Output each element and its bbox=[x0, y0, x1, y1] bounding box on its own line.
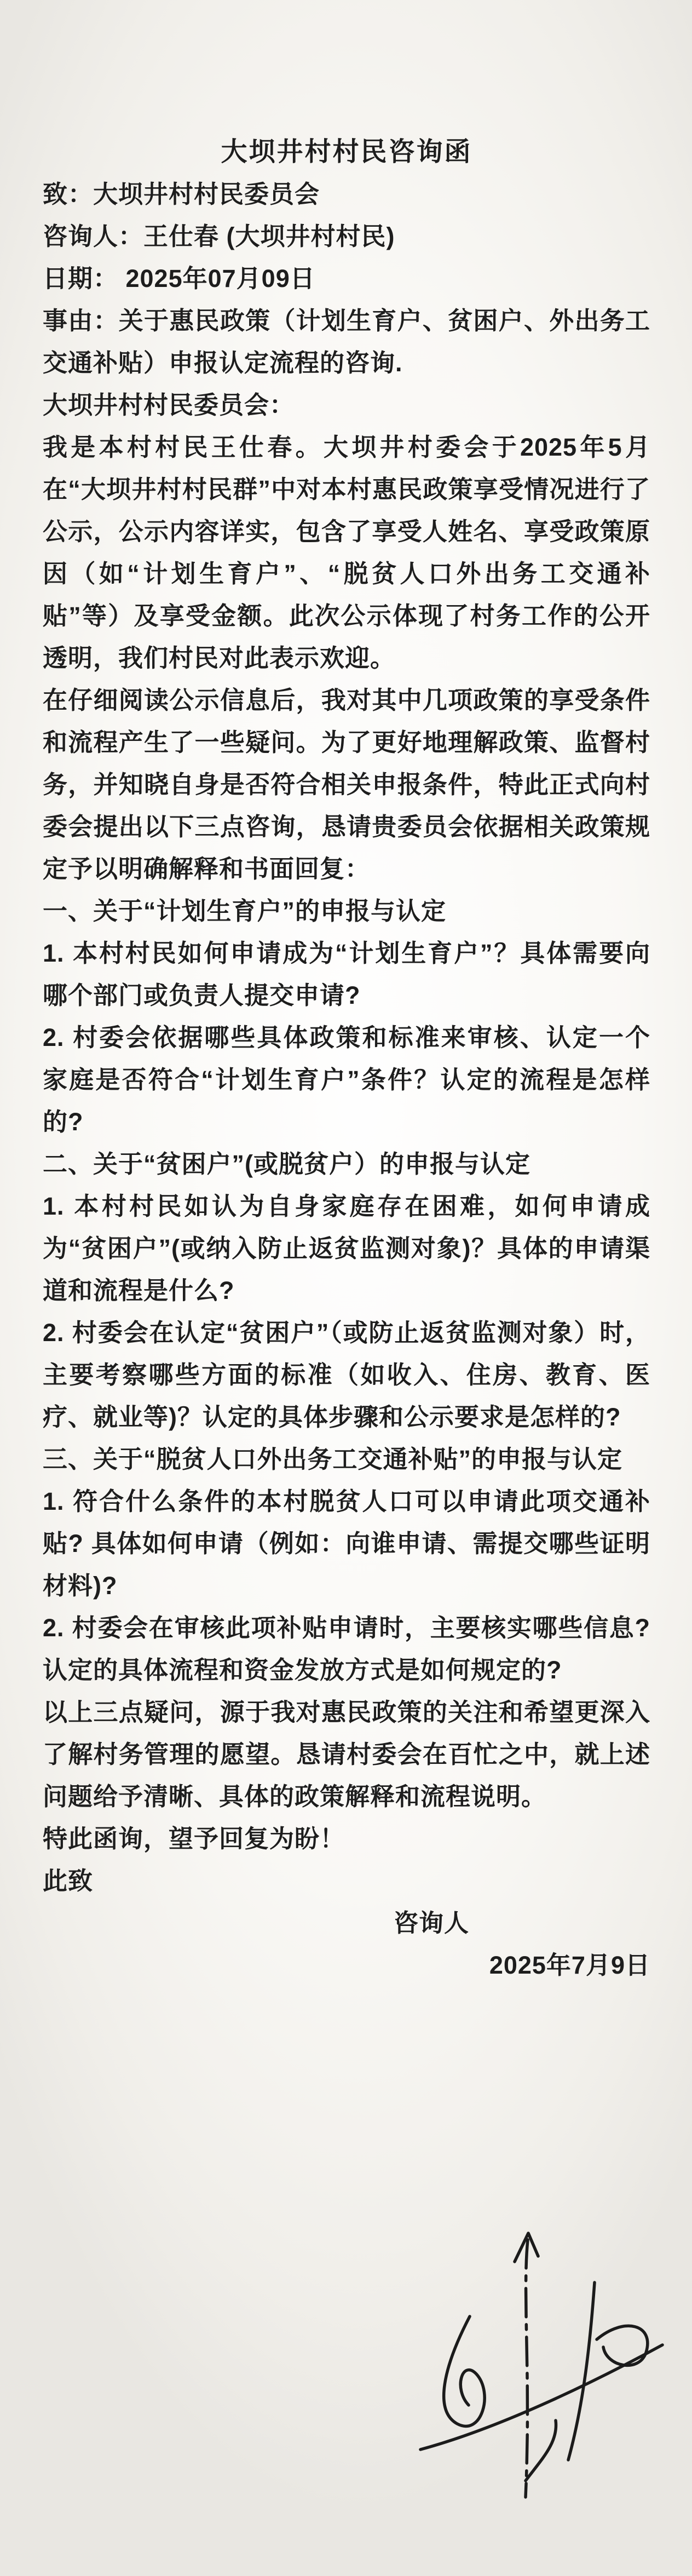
letter-page: 大坝井村村民咨询函 致：大坝井村村民委员会 咨询人：王仕春 (大坝井村村民) 日… bbox=[0, 0, 692, 2576]
purpose-paragraph: 在仔细阅读公示信息后，我对其中几项政策的享受条件和流程产生了一些疑问。为了更好地… bbox=[43, 679, 650, 890]
signature-stroke-left-loop bbox=[444, 2316, 485, 2426]
closing-paragraph: 以上三点疑问，源于我对惠民政策的关注和希望更深入了解村务管理的愿望。恳请村委会在… bbox=[43, 1691, 650, 1818]
signature bbox=[405, 2223, 668, 2508]
consultant-line: 咨询人：王仕春 (大坝井村村民) bbox=[43, 215, 650, 257]
letter-title: 大坝井村村民咨询函 bbox=[43, 131, 650, 173]
sign-date: 2025年7月9日 bbox=[43, 1944, 650, 1986]
subject-line: 事由：关于惠民政策（计划生育户、贫困户、外出务工交通补贴）申报认定流程的咨询. bbox=[43, 300, 650, 384]
signature-stroke-right-loop bbox=[597, 2326, 648, 2365]
sincerely-line: 此致 bbox=[43, 1860, 650, 1902]
signature-stroke-sweep bbox=[420, 2345, 662, 2450]
letter-content: 大坝井村村民咨询函 致：大坝井村村民委员会 咨询人：王仕春 (大坝井村村民) 日… bbox=[43, 0, 650, 1986]
section-3-heading: 三、关于“脱贫人口外出务工交通补贴”的申报与认定 bbox=[43, 1438, 650, 1480]
signer-label: 咨询人 bbox=[43, 1902, 650, 1944]
intro-paragraph: 我是本村村民王仕春。大坝井村委会于2025年5月在“大坝井村村民群”中对本村惠民… bbox=[43, 426, 650, 679]
section-1-item-1: 1. 本村村民如何申请成为“计划生育户”？具体需要向哪个部门或负责人提交申请? bbox=[43, 932, 650, 1016]
date-line: 日期： 2025年07月09日 bbox=[43, 257, 650, 300]
section-2-heading: 二、关于“贫困户”(或脱贫户）的申报与认定 bbox=[43, 1143, 650, 1185]
signature-stroke-right-vertical bbox=[568, 2282, 595, 2460]
signature-stroke-arrow bbox=[515, 2233, 538, 2262]
request-line: 特此函询，望予回复为盼！ bbox=[43, 1818, 650, 1860]
signature-stroke-vertical bbox=[526, 2240, 528, 2497]
section-2-item-1: 1. 本村村民如认为自身家庭存在困难，如何申请成为“贫困户”(或纳入防止返贫监测… bbox=[43, 1185, 650, 1312]
section-1-item-2: 2. 村委会依据哪些具体政策和标准来审核、认定一个家庭是否符合“计划生育户”条件… bbox=[43, 1016, 650, 1143]
section-2-item-2: 2. 村委会在认定“贫困户”（或防止返贫监测对象）时，主要考察哪些方面的标准（如… bbox=[43, 1312, 650, 1438]
signature-stroke-tail bbox=[526, 2420, 556, 2481]
section-3-item-1: 1. 符合什么条件的本村脱贫人口可以申请此项交通补贴? 具体如何申请（例如：向谁… bbox=[43, 1480, 650, 1607]
recipient-line: 致：大坝井村村民委员会 bbox=[43, 173, 650, 215]
section-1-heading: 一、关于“计划生育户”的申报与认定 bbox=[43, 890, 650, 932]
section-3-item-2: 2. 村委会在审核此项补贴申请时，主要核实哪些信息?认定的具体流程和资金发放方式… bbox=[43, 1607, 650, 1691]
salutation: 大坝井村村民委员会： bbox=[43, 384, 650, 426]
